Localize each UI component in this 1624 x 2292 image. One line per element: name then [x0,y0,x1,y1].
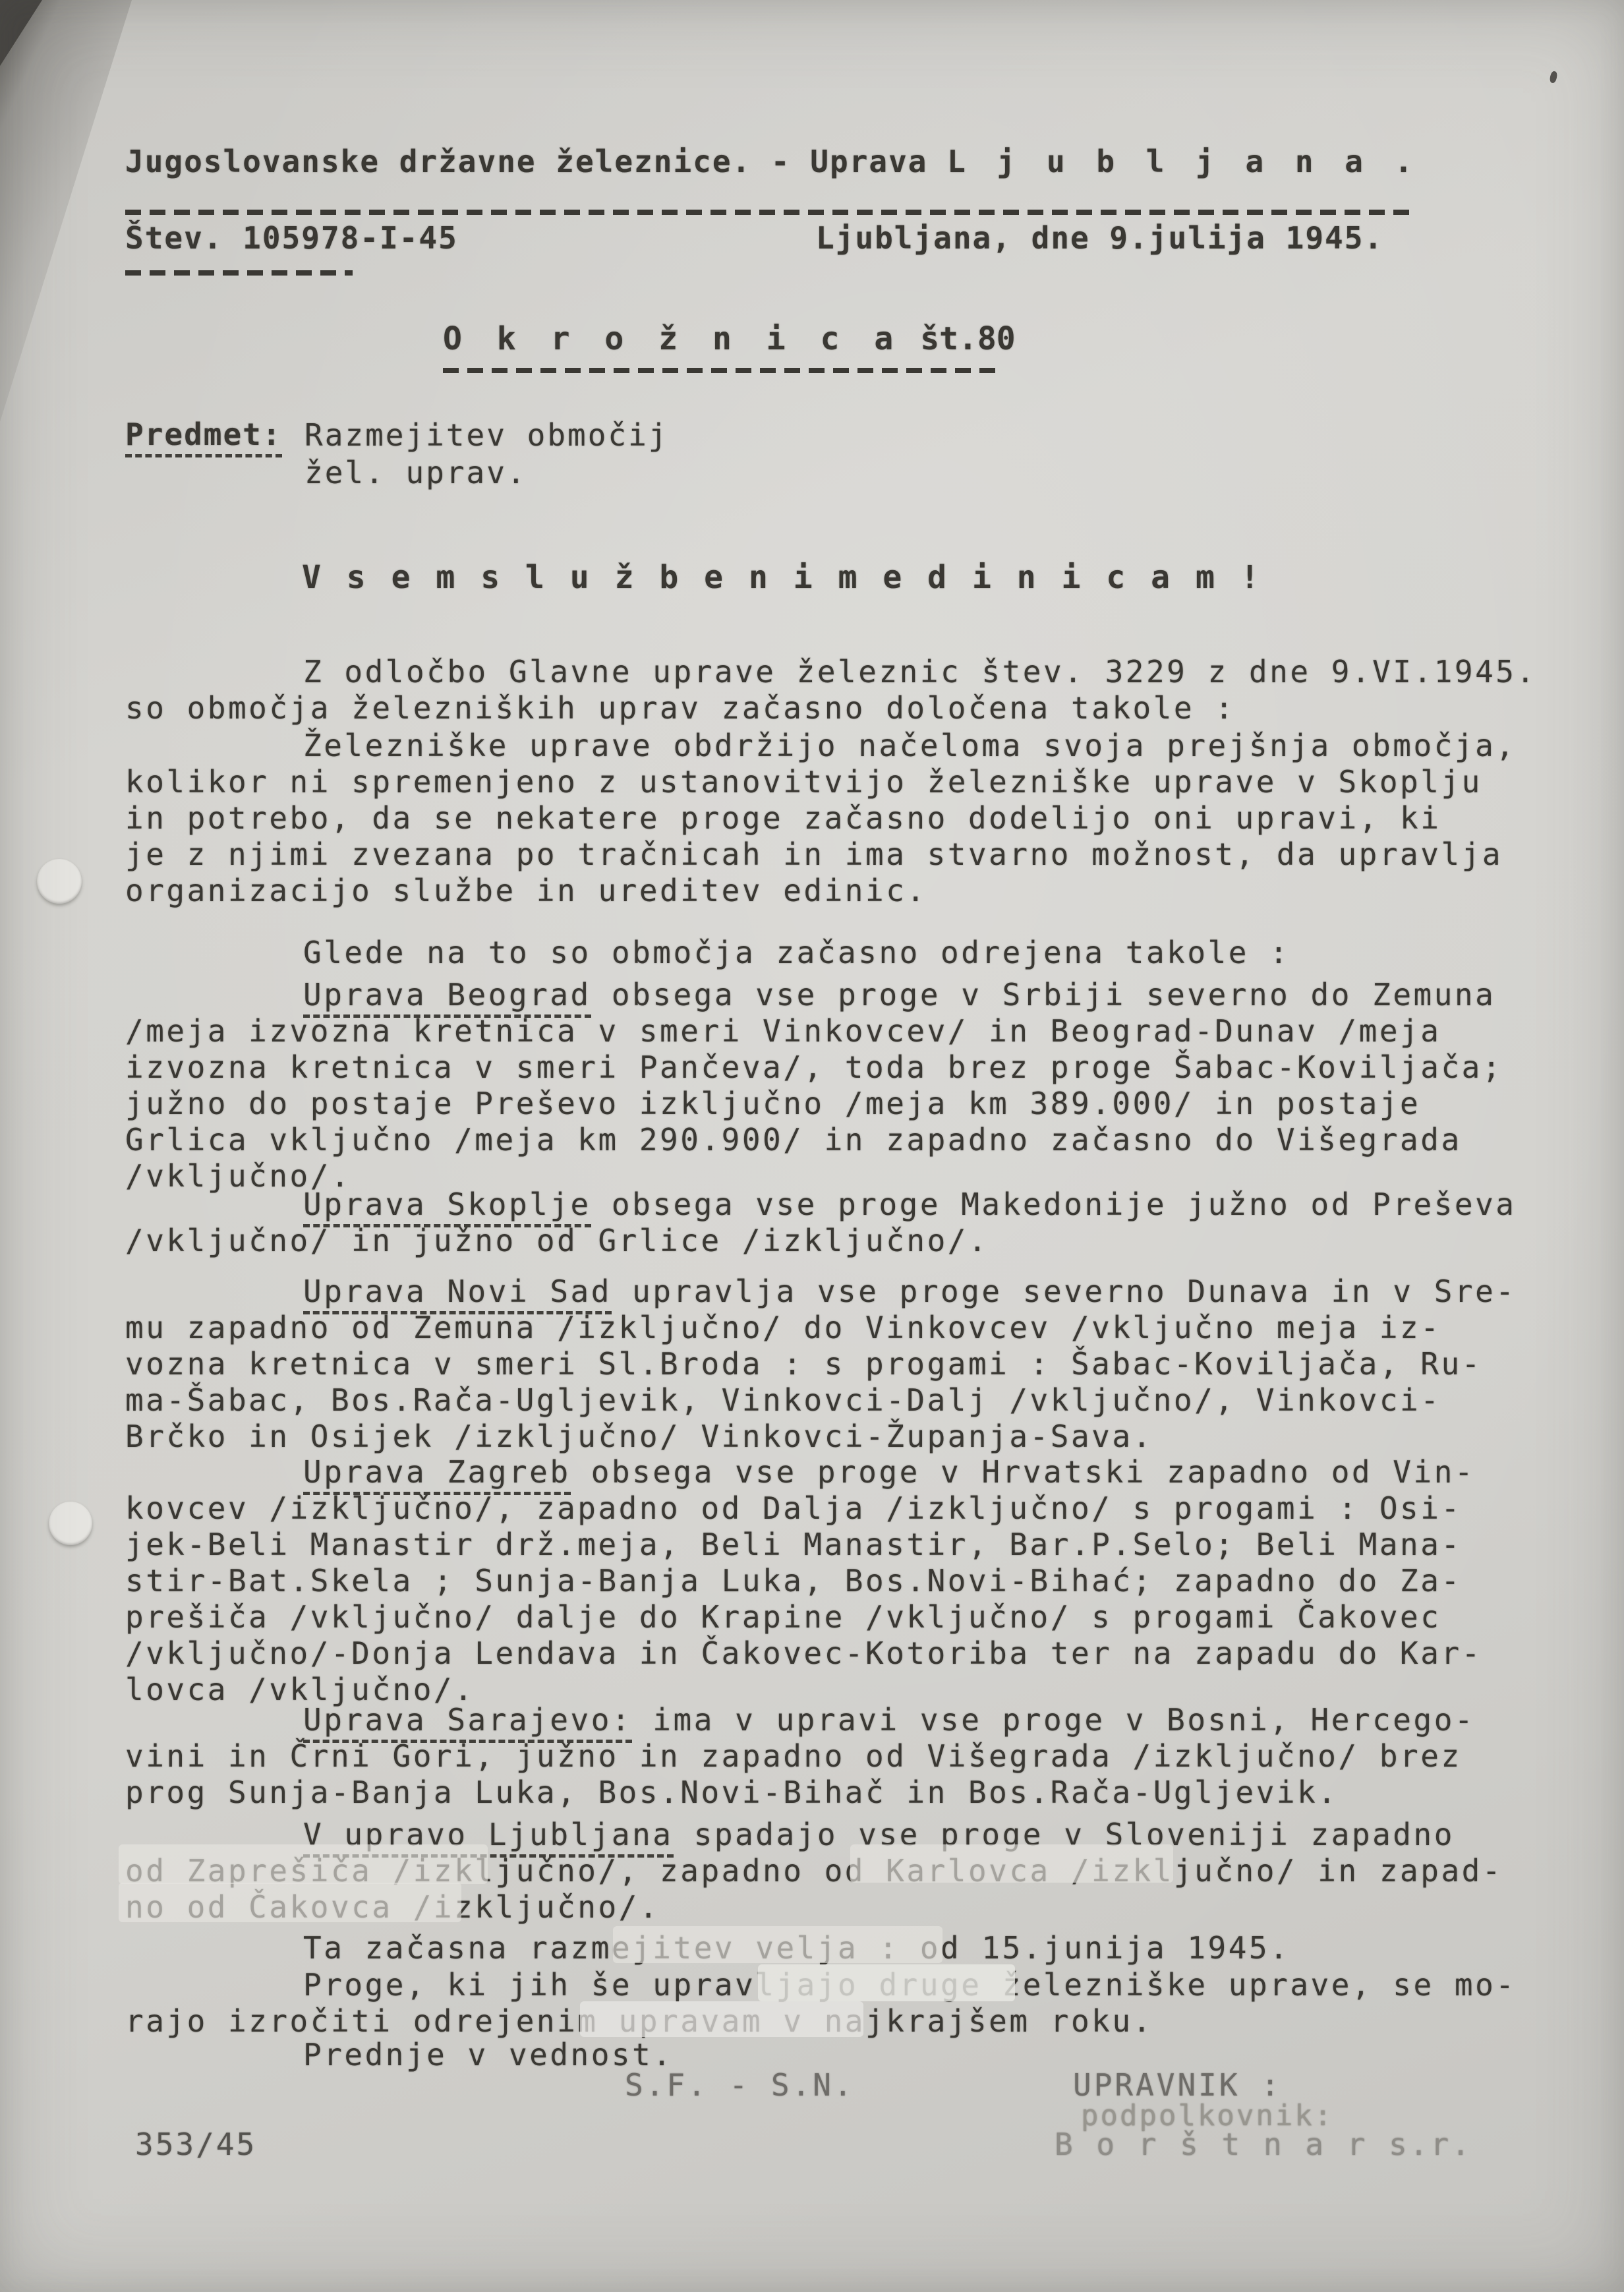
paragraph-validity: Ta začasna razmejitev velja : od 15.juni… [125,1930,1582,1966]
paragraph-handover: Proge, ki jih še upravljajo druge železn… [125,1967,1582,2040]
section-lead-novi-sad: Uprava Novi Sad [303,1274,612,1314]
section-lead-sarajevo: Uprava Sarajevo: [303,1702,632,1743]
page-corner-shadow [0,0,145,422]
letterhead-line: Jugoslovanske državne železnice. - Uprav… [125,144,1419,179]
subject-label: Predmet: [125,417,282,457]
letterhead-city-spaced: L j u b l j a n a . [947,144,1419,179]
initials: S.F. - S.N. [625,2067,855,2103]
reference-number: Štev. 105978-I-45 [125,220,458,256]
circular-title-word: O k r o ž n i c a [443,320,901,357]
signature-name: B o r š t n a r s.r. [1055,2127,1472,2162]
paragraph-decision: Z odločbo Glavne uprave železnic štev. 3… [125,654,1582,726]
paragraph-lead-in: Glede na to so območja začasno odrejena … [125,935,1582,971]
section-uprava-zagreb: Uprava Zagreb obsega vse proge v Hrvatsk… [125,1454,1582,1708]
scanned-document-photo: { "colors": { "paper": "#d3d2ce", "ink":… [0,0,1624,2292]
punch-hole-bottom [49,1502,92,1545]
letterhead-org: Jugoslovanske državne železnice. - Uprav… [125,144,927,179]
signature-title: UPRAVNIK : [1073,2067,1282,2103]
ink-speck [1549,71,1558,84]
section-lead-beograd: Uprava Beograd [303,977,591,1018]
section-uprava-ljubljana: V upravo Ljubljana spadajo vse proge v S… [125,1817,1582,1925]
circular-title-number: št.80 [920,320,1016,357]
subject-text: Razmejitev območij žel. uprav. [304,417,669,492]
section-uprava-novi-sad: Uprava Novi Sad upravlja vse proge sever… [125,1274,1582,1455]
section-uprava-skoplje: Uprava Skoplje obsega vse proge Makedoni… [125,1187,1582,1259]
section-uprava-beograd: Uprava Beograd obsega vse proge v Srbiji… [125,977,1582,1194]
section-lead-skoplje: Uprava Skoplje [303,1187,591,1227]
section-lead-zagreb: Uprava Zagreb [303,1454,571,1495]
section-lead-ljubljana: V upravo Ljubljana [303,1817,674,1858]
salutation: V s e m s l u ž b e n i m e d i n i c a … [302,559,1263,596]
circular-title: O k r o ž n i c a št.80 [443,320,1016,357]
file-number: 353/45 [135,2127,256,2162]
dashed-rule-header [125,210,1410,215]
paragraph-principle: Železniške uprave obdržijo načeloma svoj… [125,728,1582,909]
dashed-rule-refnumber [125,270,353,276]
section-text-zagreb: obsega vse proge v Hrvatski zapadno od V… [125,1454,1482,1707]
punch-hole-top [37,859,82,904]
dashed-rule-title [443,368,1003,373]
section-uprava-sarajevo: Uprava Sarajevo: ima v upravi vse proge … [125,1702,1582,1811]
dateline: Ljubljana, dne 9.julija 1945. [816,220,1383,256]
